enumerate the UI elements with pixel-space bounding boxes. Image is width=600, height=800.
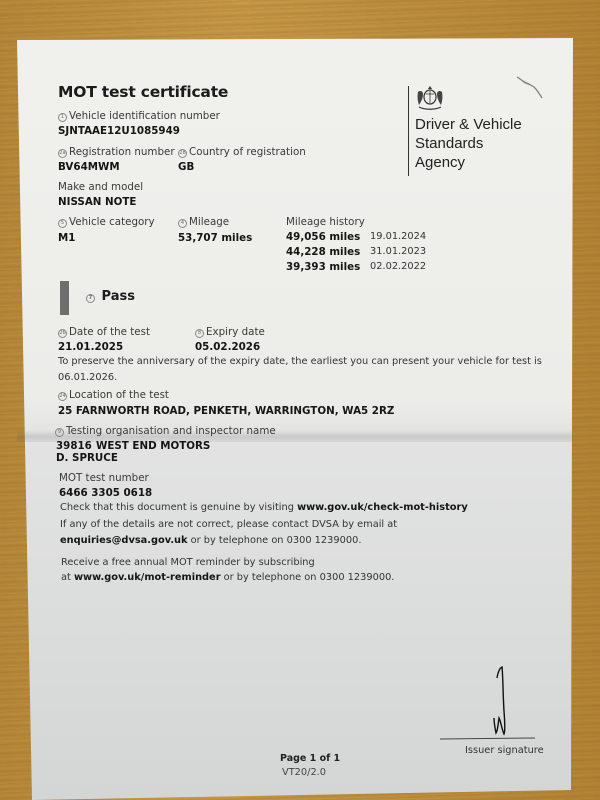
vin-value: SJNTAAE12U1085949 xyxy=(58,125,180,137)
registration-label: 2aRegistration number xyxy=(58,146,175,158)
field-ref-badge: 24 xyxy=(58,392,67,401)
contact-phone-text: or by telephone on 0300 1239000. xyxy=(188,535,362,546)
test-number-value: 6466 3305 0618 xyxy=(59,487,152,499)
category-label-text: Vehicle category xyxy=(69,216,155,228)
reminder-text: Receive a free annual MOT reminder by su… xyxy=(61,557,315,568)
test-number-label: MOT test number xyxy=(59,472,149,484)
vin-label-text: Vehicle identification number xyxy=(69,110,220,122)
contact-text: If any of the details are not correct, p… xyxy=(60,519,397,530)
country-label: 28Country of registration xyxy=(178,146,306,158)
reminder-prefix: at xyxy=(61,572,74,583)
verify-text: Check that this document is genuine by v… xyxy=(60,502,468,513)
anniversary-note: To preserve the anniversary of the expir… xyxy=(58,356,542,367)
field-ref-badge: 1 xyxy=(58,113,67,122)
inspector-name: D. SPRUCE xyxy=(56,452,118,464)
location-label-text: Location of the test xyxy=(69,389,169,401)
test-date-label-text: Date of the test xyxy=(69,326,150,338)
document-title: MOT test certificate xyxy=(58,83,228,101)
field-ref-badge: 5 xyxy=(58,219,67,228)
mileage-label: 4Mileage xyxy=(178,216,229,228)
field-ref-badge: 9 xyxy=(55,428,64,437)
expiry-date-label: 8Expiry date xyxy=(195,326,265,338)
country-value: GB xyxy=(178,161,194,173)
expiry-date-value: 05.02.2026 xyxy=(195,341,260,353)
reminder-text-line2: at www.gov.uk/mot-reminder or by telepho… xyxy=(61,572,394,583)
mileage-label-text: Mileage xyxy=(189,216,229,228)
page-indicator: Page 1 of 1 xyxy=(280,753,340,764)
check-mot-history-link[interactable]: www.gov.uk/check-mot-history xyxy=(297,502,468,513)
mot-reminder-link[interactable]: www.gov.uk/mot-reminder xyxy=(74,572,221,583)
registration-value: BV64MWM xyxy=(58,161,120,173)
organisation-label-text: Testing organisation and inspector name xyxy=(66,425,276,437)
field-ref-badge: 26 xyxy=(58,329,67,338)
field-ref-badge: 2a xyxy=(58,149,67,158)
test-result-text: Pass xyxy=(102,289,135,304)
organisation-site-name: WEST END MOTORS xyxy=(96,440,210,452)
mileage-history-miles: 49,056 miles xyxy=(286,231,360,243)
test-date-value: 21.01.2025 xyxy=(58,341,123,353)
category-value: M1 xyxy=(58,232,75,244)
location-label: 24Location of the test xyxy=(58,389,169,401)
registration-label-text: Registration number xyxy=(69,146,175,158)
make-model-label: Make and model xyxy=(58,181,143,193)
vin-label: 1Vehicle identification number xyxy=(58,110,220,122)
mileage-history-miles: 44,228 miles xyxy=(286,246,360,258)
country-label-text: Country of registration xyxy=(189,146,306,158)
mileage-history-date: 31.01.2023 xyxy=(370,246,426,257)
form-code: VT20/2.0 xyxy=(282,767,326,778)
location-value: 25 FARNWORTH ROAD, PENKETH, WARRINGTON, … xyxy=(58,405,394,417)
test-date-label: 26Date of the test xyxy=(58,326,150,338)
issuer-name: Driver & Vehicle Standards Agency xyxy=(415,115,522,172)
issuer-name-line: Standards xyxy=(415,134,522,153)
category-label: 5Vehicle category xyxy=(58,216,155,228)
result-indicator-bar xyxy=(60,281,69,315)
mileage-history-date: 02.02.2022 xyxy=(370,261,426,272)
contact-text-line2: enquiries@dvsa.gov.uk or by telephone on… xyxy=(60,535,361,546)
organisation-label: 9Testing organisation and inspector name xyxy=(55,425,276,437)
dvsa-email-link[interactable]: enquiries@dvsa.gov.uk xyxy=(60,535,188,546)
royal-coat-of-arms-icon xyxy=(415,86,445,112)
field-ref-badge: 8 xyxy=(195,329,204,338)
anniversary-note-date: 06.01.2026. xyxy=(58,372,117,383)
make-model-value: NISSAN NOTE xyxy=(58,196,136,208)
field-ref-badge: 28 xyxy=(178,149,187,158)
issuer-name-line: Agency xyxy=(415,153,522,172)
expiry-date-label-text: Expiry date xyxy=(206,326,265,338)
field-ref-badge: 4 xyxy=(178,219,187,228)
reminder-phone-text: or by telephone on 0300 1239000. xyxy=(221,572,395,583)
field-ref-badge: 7 xyxy=(86,294,95,303)
signature-label: Issuer signature xyxy=(465,745,544,756)
ink-smudge-mark xyxy=(515,73,545,101)
mileage-value: 53,707 miles xyxy=(178,232,252,244)
mileage-history-date: 19.01.2024 xyxy=(370,231,426,242)
issuer-signature-scribble xyxy=(490,666,520,738)
test-result: 7 Pass xyxy=(86,289,135,304)
mileage-history-miles: 39,393 miles xyxy=(286,261,360,273)
organisation-site-number: 39816 xyxy=(56,440,92,452)
issuer-name-line: Driver & Vehicle xyxy=(415,115,522,134)
mileage-history-label: Mileage history xyxy=(286,216,365,228)
logo-divider xyxy=(408,86,409,176)
verify-text-prefix: Check that this document is genuine by v… xyxy=(60,502,297,513)
